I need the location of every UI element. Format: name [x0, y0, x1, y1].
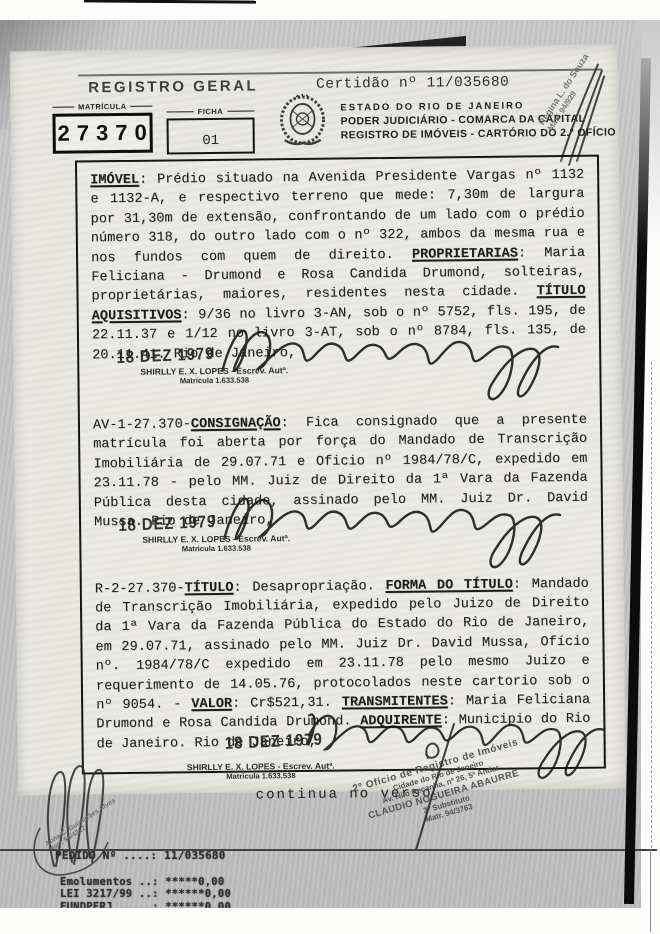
margin-rule-dashed — [651, 362, 652, 848]
fee-line: FUNDPERJ .....: ******0,00 — [60, 901, 231, 908]
state-seal-icon — [278, 94, 327, 149]
body-text: R-2-27.370- — [95, 581, 185, 597]
stamp-block-2: 18 DEZ 1979 SHIRLLY E. X. LOPES - Escrev… — [94, 508, 588, 558]
ficha-value: 01 — [202, 133, 219, 152]
matricula-box: 27370 — [52, 113, 152, 154]
registry-text-box: IMÓVEL: Prédio situado na Avenida Presid… — [75, 155, 606, 775]
clerk-stamp-matricula: Matricula 1.633.538 — [142, 543, 290, 555]
body-text: : Cr$521,31. — [232, 695, 342, 711]
scan-edge-patch — [634, 20, 660, 250]
fee-line: Emolumentos ..: *****0,00 — [60, 876, 231, 888]
date-stamp: 18 DEZ 1979 — [118, 511, 216, 535]
clerk-stamp: SHIRLLY E. X. LOPES - Escrev. Autª. Matr… — [140, 365, 288, 387]
footer-rule — [0, 849, 657, 851]
clerk-stamp-matricula: Matricula 1.633.538 — [140, 375, 288, 387]
section-heading: TÍTULO — [184, 580, 233, 596]
matricula-label: MATRÍCULA — [52, 102, 152, 112]
date-stamp: 18 DEZ 1979 — [116, 344, 214, 368]
section-heading: CONSIGNAÇÃO — [191, 416, 281, 432]
clerk-stamp-name: SHIRLLY E. X. LOPES - Escrev. Autª. — [142, 533, 290, 545]
clerk-stamp: SHIRLLY E. X. LOPES - Escrev. Autª. Matr… — [142, 533, 290, 555]
page-title: REGISTRO GERAL — [88, 77, 258, 96]
clerk-stamp: SHIRLLY E. X. LOPES - Escrev. Autª. Matr… — [187, 761, 335, 783]
matricula-value: 27370 — [51, 120, 153, 147]
ficha-box: 01 — [167, 117, 255, 154]
section-heading: IMÓVEL — [90, 173, 139, 189]
ficha-label: FICHA — [166, 106, 254, 116]
scan-artifact-top-line — [84, 0, 256, 3]
document-page: REGISTRO GERAL MATRÍCULA 27370 FICHA 01 … — [0, 42, 641, 799]
body-text: : Desapropriação. — [233, 579, 385, 596]
certificate-number: Certidão nº 11/035680 — [316, 75, 509, 93]
scanned-registry-certificate: { "colors":{"ink":"#1d1d1d","paper":"#e9… — [0, 0, 660, 934]
scanned-page-area: REGISTRO GERAL MATRÍCULA 27370 FICHA 01 … — [0, 20, 641, 908]
body-text: AV-1-27.370- — [93, 417, 191, 433]
fee-line: LEI 3217/99 ..: ******0,00 — [60, 888, 231, 900]
stamp-block-1: 18 DEZ 1979 SHIRLLY E. X. LOPES - Escrev… — [92, 341, 586, 391]
date-stamp: 18 DEZ 1979 — [224, 730, 322, 754]
imovel-paragraph: IMÓVEL: Prédio situado na Avenida Presid… — [90, 166, 586, 366]
section-heading: VALOR — [191, 697, 232, 712]
titulo-paragraph: R-2-27.370-TÍTULO: Desapropriação. FORMA… — [95, 574, 591, 754]
ficha-field: FICHA 01 — [166, 106, 255, 154]
matricula-field: MATRÍCULA 27370 — [52, 102, 153, 154]
fees-list: Emolumentos ..: *****0,00LEI 3217/99 ..:… — [60, 876, 231, 908]
section-heading: TRANSMITENTES — [342, 694, 448, 710]
section-heading: PROPRIETARIAS — [412, 246, 518, 262]
pedido-number: PEDIDO Nº ....: 11/035680 — [55, 849, 226, 862]
margin-rule-solid — [650, 850, 651, 932]
section-heading: FORMA DO TÍTULO — [385, 577, 513, 593]
pen-mark — [398, 718, 468, 858]
clerk-stamp-matricula: Matricula 1.633.538 — [187, 771, 335, 783]
